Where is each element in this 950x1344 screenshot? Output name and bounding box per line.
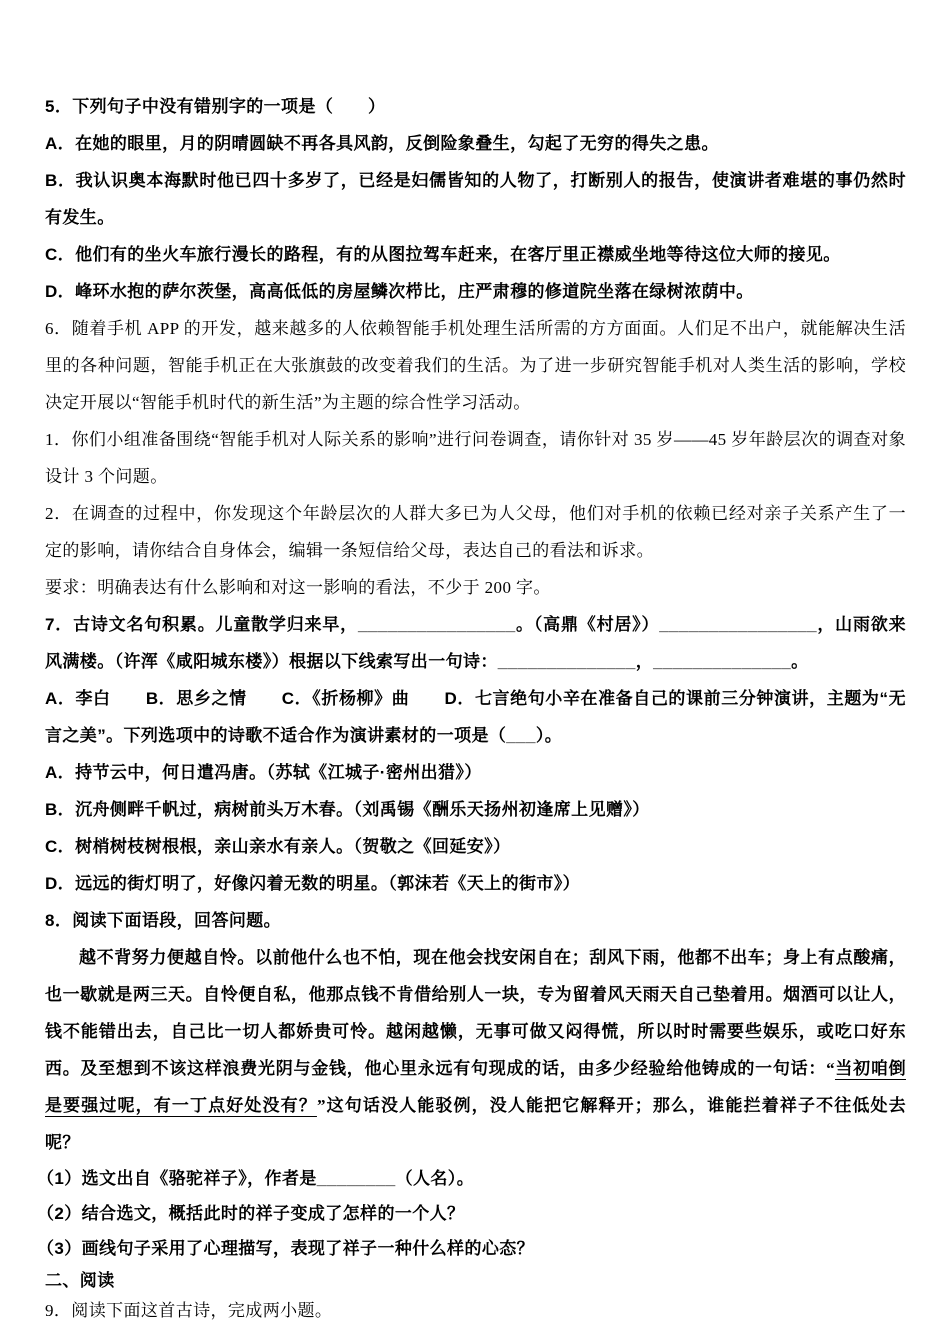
exam-page: 5．下列句子中没有错别字的一项是（ ） A．在她的眼里，月的阴晴圆缺不再各具风韵… <box>0 0 950 1326</box>
q8-sub-question-1: （1）选文出自《骆驼祥子》，作者是________（人名）。 <box>37 1161 906 1196</box>
q6-requirement: 要求：明确表达有什么影响和对这一影响的看法，不少于 200 字。 <box>45 569 906 606</box>
q5-option-d: D．峰环水抱的萨尔茨堡，高高低低的房屋鳞次栉比，庄严肃穆的修道院坐落在绿树浓荫中… <box>45 273 906 310</box>
q7-choice-b: B．沉舟侧畔千帆过，病树前头万木春。（刘禹锡《酬乐天扬州初逢席上见赠》） <box>45 791 906 828</box>
q7-choice-a: A．持节云中，何日遣冯唐。（苏轼《江城子·密州出猎》） <box>45 754 906 791</box>
q5-option-a: A．在她的眼里，月的阴晴圆缺不再各具风韵，反倒险象叠生，勾起了无穷的得失之患。 <box>45 125 906 162</box>
q8-sub-question-2: （2）结合选文，概括此时的祥子变成了怎样的一个人？ <box>37 1196 906 1231</box>
q7-choice-c: C．树梢树枝树根根，亲山亲水有亲人。（贺敬之《回延安》） <box>45 828 906 865</box>
q6-task-2: 2．在调查的过程中，你发现这个年龄层次的人群大多已为人父母，他们对手机的依赖已经… <box>45 495 906 569</box>
q8-passage: 越不背努力便越自怜。以前他什么也不怕，现在他会找安闲自在；刮风下雨，他都不出车；… <box>45 939 906 1161</box>
q8-header: 8．阅读下面语段，回答问题。 <box>45 902 906 939</box>
q8-passage-part1: 越不背努力便越自怜。以前他什么也不怕，现在他会找安闲自在；刮风下雨，他都不出车；… <box>45 948 906 1078</box>
q7-clue-line: A．李白 B．思乡之情 C．《折杨柳》曲 D．七言绝句小辛在准备自己的课前三分钟… <box>45 680 906 754</box>
q9-header: 9．阅读下面这首古诗，完成两小题。 <box>45 1296 906 1326</box>
q7-fill-line: 7．古诗文名句积累。儿童散学归来早，________________。（高鼎《村… <box>45 606 906 680</box>
q8-sub-question-3: （3）画线句子采用了心理描写，表现了祥子一种什么样的心态？ <box>37 1231 906 1266</box>
q5-option-c: C．他们有的坐火车旅行漫长的路程，有的从图拉驾车赶来，在客厅里正襟威坐地等待这位… <box>45 236 906 273</box>
q7-choice-d: D．远远的街灯明了，好像闪着无数的明星。（郭沫若《天上的街市》） <box>45 865 906 902</box>
q6-intro: 6．随着手机 APP 的开发，越来越多的人依赖智能手机处理生活所需的方方面面。人… <box>45 310 906 421</box>
q5-option-b: B．我认识奥本海默时他已四十多岁了，已经是妇儒皆知的人物了，打断别人的报告，使演… <box>45 162 906 236</box>
q6-task-1: 1．你们小组准备围绕“智能手机对人际关系的影响”进行问卷调查，请你针对 35 岁… <box>45 421 906 495</box>
q5-stem: 5．下列句子中没有错别字的一项是（ ） <box>45 88 906 125</box>
section2-title: 二、阅读 <box>45 1266 906 1296</box>
